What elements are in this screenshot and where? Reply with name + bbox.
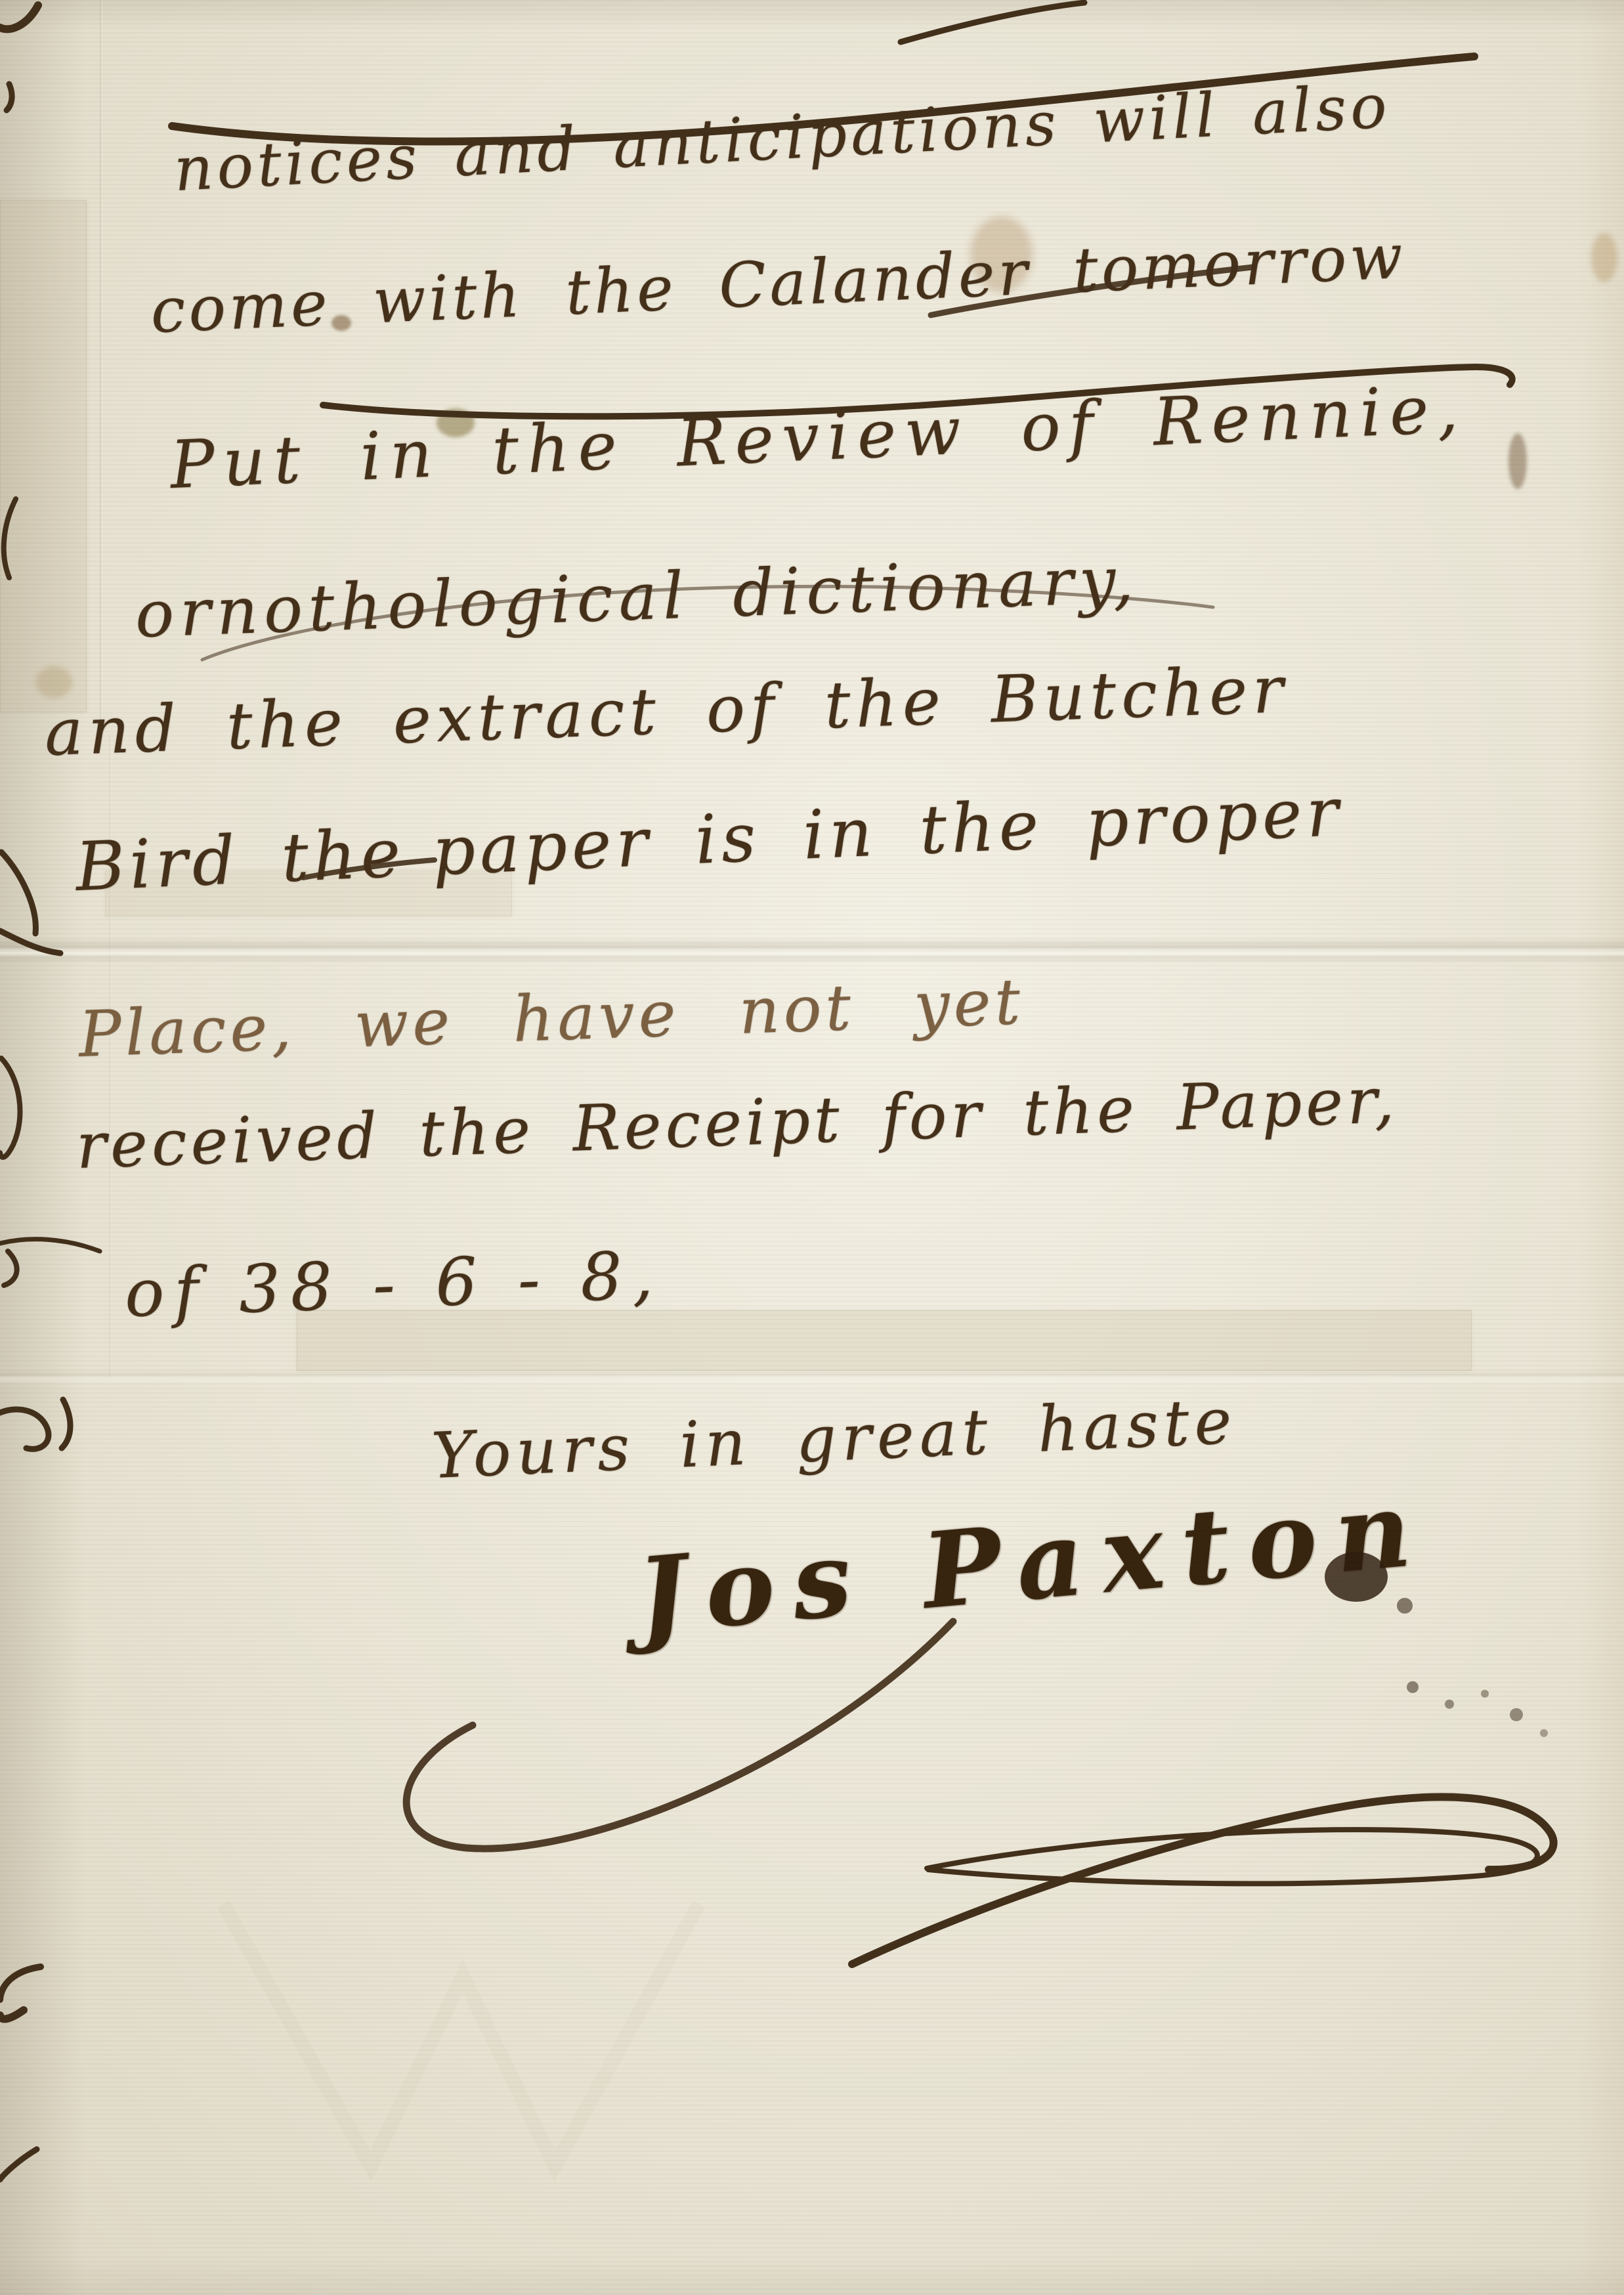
top-right-stroke-fragment xyxy=(901,3,1084,42)
edge-fragment xyxy=(0,931,60,953)
edge-fragment xyxy=(0,2010,24,2019)
edge-fragment xyxy=(0,2149,37,2179)
letter-line: received the Receipt for the Paper, xyxy=(75,1063,1399,1183)
fold-crease xyxy=(0,1369,1624,1384)
ink-speckle xyxy=(1397,1598,1413,1614)
edge-fragment xyxy=(0,1409,49,1449)
closing-line: Yours in great haste xyxy=(430,1384,1238,1493)
ink-speckle xyxy=(1481,1690,1489,1698)
edge-fragment xyxy=(0,1058,20,1157)
fold-crease xyxy=(0,937,1624,964)
page-right-shadow xyxy=(1578,0,1624,2295)
line-text: received the Receipt for the Paper, xyxy=(75,1063,1399,1183)
line-text: come with the Calander tomorrow xyxy=(149,221,1407,347)
letter-line: and the extract of the Butcher xyxy=(43,653,1290,771)
line-text: Bird xyxy=(74,821,242,907)
ink-stain xyxy=(1508,433,1527,489)
edge-fragment xyxy=(0,1967,41,2000)
vertical-crease xyxy=(100,0,102,735)
letter-line: notices and anticipations will also xyxy=(172,71,1392,205)
ink-speckle xyxy=(1445,1700,1454,1709)
letter-line: Place, we have not yet xyxy=(77,965,1025,1071)
page-top-shadow xyxy=(0,0,1624,30)
line-text: paper is in the proper xyxy=(431,773,1344,891)
letter-line: Put in the Review of Rennie, xyxy=(169,370,1468,504)
edge-fragment xyxy=(0,5,38,29)
watermark xyxy=(223,1904,699,2166)
letter-page: notices and anticipations will also come… xyxy=(0,0,1624,2295)
edge-fragment xyxy=(4,1251,17,1285)
edge-fragment xyxy=(1,852,35,933)
ink-speckle xyxy=(1510,1708,1523,1721)
edge-fragment xyxy=(0,1239,100,1251)
tape-repair xyxy=(0,200,87,712)
line-text: ornothological dictionary, xyxy=(134,543,1140,653)
line-text: notices and anticipations will also xyxy=(172,71,1392,205)
edge-fragment xyxy=(62,1400,70,1448)
page-bottom-shadow xyxy=(0,2256,1624,2295)
line-text: Yours in great haste xyxy=(430,1384,1238,1493)
line-text: Put in the Review of Rennie, xyxy=(169,370,1468,504)
line-text: and the extract of the Butcher xyxy=(43,653,1290,771)
signature: Jos Paxton xyxy=(633,1467,1434,1658)
ink-speckle xyxy=(1540,1729,1548,1737)
ink-speckle xyxy=(1407,1681,1419,1693)
letter-line: ornothological dictionary, xyxy=(134,543,1140,653)
signature-name: Jos Paxton xyxy=(633,1467,1434,1658)
letter-line: Birdthepaper is in the proper xyxy=(74,773,1344,907)
signature-underline-loop xyxy=(927,1830,1537,1883)
line-text: Place, we have not yet xyxy=(77,965,1025,1071)
letter-line: come with the Calander tomorrow xyxy=(149,221,1407,347)
ink-stain xyxy=(1591,233,1617,282)
edge-fragment xyxy=(7,84,12,110)
signature-descender-loop xyxy=(406,1621,953,1849)
struck-word: the xyxy=(280,814,406,897)
signature-underline-sweep xyxy=(852,1797,1554,1964)
